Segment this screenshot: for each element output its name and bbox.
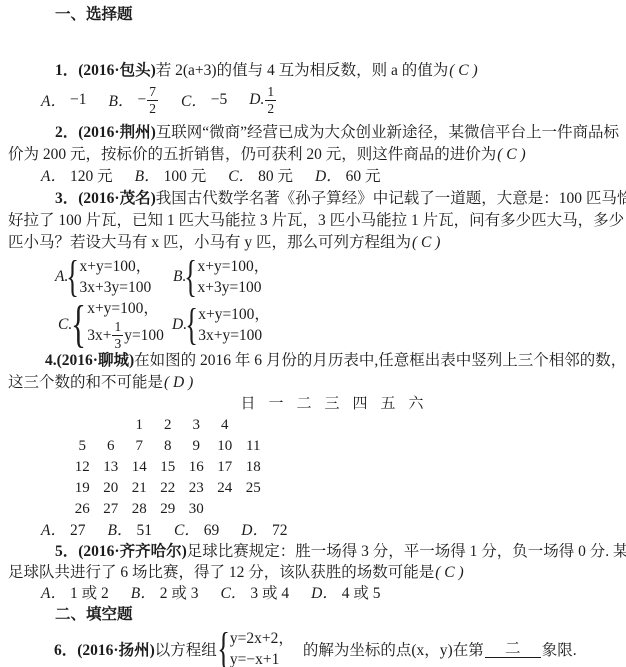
q2-option-d-value: 60 元: [346, 166, 381, 188]
equation-line: y=−x+1: [230, 649, 294, 667]
q4-number: 4.: [45, 352, 57, 369]
q3-number: 3．: [55, 190, 78, 207]
equation-line: 3x+3y=100: [79, 277, 151, 298]
q1-option-a-label: A．: [41, 89, 66, 111]
calendar-day-cell: [239, 415, 268, 436]
q5-number: 5．: [55, 543, 78, 560]
equation-line: x+y=100，: [197, 256, 269, 277]
calendar-day-cell: 1: [125, 415, 154, 436]
q6-stem: 6．(2016·扬州)以方程组 { y=2x+2，y=−x+1 的解为坐标的点(…: [28, 626, 620, 667]
calendar-day-cell: 22: [154, 478, 183, 499]
calendar-day-cell: 9: [182, 436, 211, 457]
q2-number: 2．: [55, 124, 78, 141]
q1-option-d: D.12: [249, 84, 277, 116]
q2-option-d-label: D．: [315, 166, 342, 188]
equation-line: x+3y=100: [197, 277, 269, 298]
equation-system: { x+y=100，3x+y=100: [187, 304, 270, 346]
q1-stem: 1．(2016·包头)若 2(a+3)的值与 4 互为相反数，则 a 的值为( …: [28, 60, 620, 82]
q1-options: A．−1 B．−72 C．−5 D.12: [41, 84, 620, 116]
fraction-numerator: 1: [265, 84, 276, 101]
q4-option-d: D．72: [241, 520, 287, 541]
equation-line: x+y=100，: [87, 298, 164, 319]
calendar-day-cell: 3: [182, 415, 211, 436]
q3-source: (2016·茂名): [78, 190, 156, 207]
q5-stem-line1: 5．(2016·齐齐哈尔)足球比赛规定：胜一场得 3 分，平一场得 1 分，负一…: [28, 541, 620, 562]
calendar-day-cell: 25: [239, 478, 268, 499]
section-title-fill-blank: 二、填空题: [28, 604, 620, 626]
brace-glyph: {: [185, 306, 198, 343]
calendar-weekday-cell: 二: [290, 394, 318, 415]
equation-system: { x+y=100，x+3y=100: [186, 256, 269, 298]
calendar-day-cell: 6: [97, 436, 126, 457]
calendar-day-cell: 30: [182, 499, 211, 520]
q6-text-before: 以方程组: [155, 638, 217, 660]
q3-option-b-system: B. { x+y=100，x+3y=100: [173, 256, 291, 298]
q4-option-c: C．69: [174, 520, 219, 541]
equation-line-with-fraction: 3x+13y=100: [87, 319, 164, 351]
calendar-day-cell: 26: [68, 499, 97, 520]
q4-option-a-value: 27: [70, 520, 86, 541]
calendar-day-cell: [211, 499, 240, 520]
q2-option-a: A．120 元: [41, 166, 113, 188]
equation-post: y=100: [124, 323, 164, 349]
fraction-numerator: 7: [147, 84, 158, 101]
calendar-day-cell: 15: [154, 457, 183, 478]
equation-line: x+y=100，: [79, 256, 151, 277]
calendar-day-cell: [68, 415, 97, 436]
q4-option-c-label: C．: [174, 520, 200, 541]
q4-text-line1: 在如图的 2016 年 6 月份的月历表中,任意框出表中竖列上三个相邻的数，: [134, 352, 626, 369]
q4-option-b: B．51: [107, 520, 151, 541]
calendar-weekday-cell: 一: [262, 394, 290, 415]
q2-option-c-value: 80 元: [258, 166, 293, 188]
calendar-day-cell: 18: [239, 457, 268, 478]
q5-option-b: B．2 或 3: [131, 583, 199, 604]
q2-option-a-value: 120 元: [70, 166, 113, 188]
q4-option-d-value: 72: [272, 520, 288, 541]
calendar-weekday-cell: 六: [402, 394, 430, 415]
q1-option-a: A．−1: [41, 89, 86, 111]
calendar-day-cell: 5: [68, 436, 97, 457]
q4-stem-line2: 这三个数的和不可能是( D ): [8, 372, 620, 394]
q3-stem-line3: 匹小马？若设大马有 x 匹，小马有 y 匹，那么可列方程组为( C ): [8, 232, 620, 254]
calendar-day-cell: 21: [125, 478, 154, 499]
calendar: 日一二三四五六 12345678910111213141516171819202…: [28, 394, 620, 520]
equation-line: x+y=100，: [198, 304, 270, 325]
one-third-fraction: 13: [112, 319, 123, 351]
q5-option-c: C．3 或 4: [220, 583, 289, 604]
calendar-day-cell: 10: [211, 436, 240, 457]
brace-glyph: {: [185, 258, 198, 295]
calendar-weekday-cell: 三: [318, 394, 346, 415]
q3-text-line3: 匹小马？若设大马有 x 匹，小马有 y 匹，那么可列方程组为: [8, 234, 411, 251]
calendar-day-cell: 16: [182, 457, 211, 478]
q1-number: 1．: [55, 62, 78, 79]
brace-glyph: {: [217, 630, 230, 667]
q4-option-a-label: A．: [41, 520, 66, 541]
q5-option-b-value: 2 或 3: [160, 583, 199, 604]
q3-stem-line2: 好拉了 100 片瓦，已知 1 匹大马能拉 3 片瓦，3 匹小马能拉 1 片瓦，…: [8, 210, 620, 232]
q1-option-a-value: −1: [70, 91, 87, 109]
q2-option-a-label: A．: [41, 166, 66, 188]
q4-options: A．27 B．51 C．69 D．72: [41, 520, 620, 541]
q4-option-b-value: 51: [136, 520, 152, 541]
q5-text-line2: 足球队共进行了 6 场比赛，得了 12 分，该队获胜的场数可能是: [8, 564, 434, 581]
calendar-day-cell: 8: [154, 436, 183, 457]
q1-option-b: B．−72: [108, 84, 158, 116]
q3-systems-row-cd: C. { x+y=100， 3x+13y=100 D. { x+y=100，3x…: [58, 300, 620, 350]
calendar-weekday-header: 日一二三四五六: [234, 394, 620, 415]
q3-systems-row-ab: A. { x+y=100，3x+3y=100 B. { x+y=100，x+3y…: [55, 254, 620, 300]
q4-text-line2: 这三个数的和不可能是: [8, 374, 163, 391]
q2-option-b-label: B．: [135, 166, 160, 188]
q1-option-b-label: B．: [108, 89, 133, 111]
fraction-numerator: 1: [112, 319, 123, 336]
equation-system: { x+y=100，3x+3y=100: [68, 256, 151, 298]
q5-option-d-label: D．: [311, 583, 338, 604]
q2-text-line1: 互联网“微商”经营已成为大众创业新途径，某微信平台上一件商品标: [156, 124, 619, 141]
q1-text: 若 2(a+3)的值与 4 互为相反数，则 a 的值为: [156, 62, 448, 79]
calendar-day-cell: 4: [211, 415, 240, 436]
q4-stem-line1: 4.(2016·聊城)在如图的 2016 年 6 月份的月历表中,任意框出表中竖…: [28, 350, 620, 372]
q1-source: (2016·包头): [78, 62, 156, 79]
q4-option-b-label: B．: [107, 520, 132, 541]
q3-answer: ( C ): [412, 234, 440, 251]
worksheet-document: 一、选择题 1．(2016·包头)若 2(a+3)的值与 4 互为相反数，则 a…: [0, 0, 626, 667]
calendar-day-cell: 19: [68, 478, 97, 499]
brace-glyph: {: [67, 258, 80, 295]
q6-source: (2016·扬州): [77, 638, 155, 660]
q1-option-d-fraction: 12: [265, 84, 276, 116]
q2-option-b-value: 100 元: [164, 166, 207, 188]
q3-option-a-system: A. { x+y=100，3x+3y=100: [55, 256, 173, 298]
calendar-day-cell: [239, 499, 268, 520]
q1-option-b-sign: −: [137, 91, 146, 109]
calendar-day-cell: 13: [97, 457, 126, 478]
calendar-day-cell: 7: [125, 436, 154, 457]
calendar-day-cell: 28: [125, 499, 154, 520]
q1-option-c-value: −5: [211, 91, 228, 109]
q5-option-b-label: B．: [131, 583, 156, 604]
q5-option-d: D．4 或 5: [311, 583, 380, 604]
q2-text-line2: 价为 200 元，按标价的五折销售，仍可获利 20 元，则这件商品的进价为: [8, 146, 496, 163]
q6-answer-blank: 二: [485, 640, 541, 658]
q1-option-c-label: C．: [181, 89, 207, 111]
q5-option-a-label: A．: [41, 583, 66, 604]
equation-line: 3x+y=100: [198, 325, 270, 346]
q5-stem-line2: 足球队共进行了 6 场比赛，得了 12 分，该队获胜的场数可能是( C ): [8, 562, 620, 583]
q5-option-c-value: 3 或 4: [250, 583, 289, 604]
calendar-grid: 1234567891011121314151617181920212223242…: [68, 415, 620, 520]
q1-option-b-fraction: 72: [147, 84, 158, 116]
q1-answer: ( C ): [449, 62, 477, 79]
q5-answer: ( C ): [435, 564, 463, 581]
calendar-day-cell: 11: [239, 436, 268, 457]
q2-source: (2016·荆州): [78, 124, 156, 141]
q6-equation-system: { y=2x+2，y=−x+1: [219, 628, 294, 667]
q5-source: (2016·齐齐哈尔): [78, 543, 187, 560]
q2-options: A．120 元 B．100 元 C．80 元 D．60 元: [41, 166, 620, 188]
q1-option-d-label: D.: [249, 91, 264, 109]
fraction-denominator: 2: [147, 101, 158, 117]
q2-option-d: D．60 元: [315, 166, 381, 188]
q3-text-line1: 我国古代数学名著《孙子算经》中记载了一道题，大意是：100 匹马恰: [156, 190, 626, 207]
q5-option-a-value: 1 或 2: [70, 583, 109, 604]
q4-option-d-label: D．: [241, 520, 268, 541]
calendar-day-cell: 17: [211, 457, 240, 478]
calendar-day-cell: [97, 415, 126, 436]
q4-option-c-value: 69: [204, 520, 220, 541]
equation-pre: 3x+: [87, 323, 111, 349]
calendar-day-cell: 12: [68, 457, 97, 478]
calendar-day-cell: 2: [154, 415, 183, 436]
calendar-day-cell: 14: [125, 457, 154, 478]
q5-option-c-label: C．: [220, 583, 246, 604]
q2-option-c-label: C．: [228, 166, 254, 188]
q2-option-b: B．100 元: [135, 166, 207, 188]
section-title-choice: 一、选择题: [28, 4, 620, 26]
q4-option-a: A．27: [41, 520, 85, 541]
q2-answer: ( C ): [497, 146, 525, 163]
q4-source: (2016·聊城): [57, 352, 135, 369]
calendar-weekday-cell: 日: [234, 394, 262, 415]
q6-text-end: 象限.: [542, 638, 577, 660]
fraction-denominator: 2: [265, 101, 276, 117]
q2-stem-line2: 价为 200 元，按标价的五折销售，仍可获利 20 元，则这件商品的进价为( C…: [8, 144, 620, 166]
q3-option-c-system: C. { x+y=100， 3x+13y=100: [58, 298, 176, 351]
calendar-day-cell: 20: [97, 478, 126, 499]
q6-text-after: 的解为坐标的点(x，y)在第: [303, 638, 484, 660]
calendar-day-cell: 24: [211, 478, 240, 499]
q3-stem-line1: 3．(2016·茂名)我国古代数学名著《孙子算经》中记载了一道题，大意是：100…: [28, 188, 620, 210]
calendar-day-cell: 23: [182, 478, 211, 499]
calendar-weekday-cell: 四: [346, 394, 374, 415]
brace-glyph: {: [71, 303, 86, 347]
q2-stem-line1: 2．(2016·荆州)互联网“微商”经营已成为大众创业新途径，某微信平台上一件商…: [28, 122, 620, 144]
q2-option-c: C．80 元: [228, 166, 293, 188]
q5-options: A．1 或 2 B．2 或 3 C．3 或 4 D．4 或 5: [41, 583, 620, 604]
q5-option-a: A．1 或 2: [41, 583, 109, 604]
q6-number: 6．: [54, 638, 77, 660]
calendar-day-cell: 29: [154, 499, 183, 520]
q5-text-line1: 足球比赛规定：胜一场得 3 分，平一场得 1 分，负一场得 0 分. 某: [187, 543, 626, 560]
calendar-day-cell: 27: [97, 499, 126, 520]
q1-option-c: C．−5: [181, 89, 227, 111]
equation-system: { x+y=100， 3x+13y=100: [72, 298, 164, 351]
calendar-weekday-cell: 五: [374, 394, 402, 415]
q3-option-d-system: D. { x+y=100，3x+y=100: [172, 304, 290, 346]
q3-text-line2: 好拉了 100 片瓦，已知 1 匹大马能拉 3 片瓦，3 匹小马能拉 1 片瓦，…: [8, 212, 624, 229]
equation-line: y=2x+2，: [230, 628, 294, 649]
q5-option-d-value: 4 或 5: [342, 583, 381, 604]
q4-answer: ( D ): [164, 374, 193, 391]
